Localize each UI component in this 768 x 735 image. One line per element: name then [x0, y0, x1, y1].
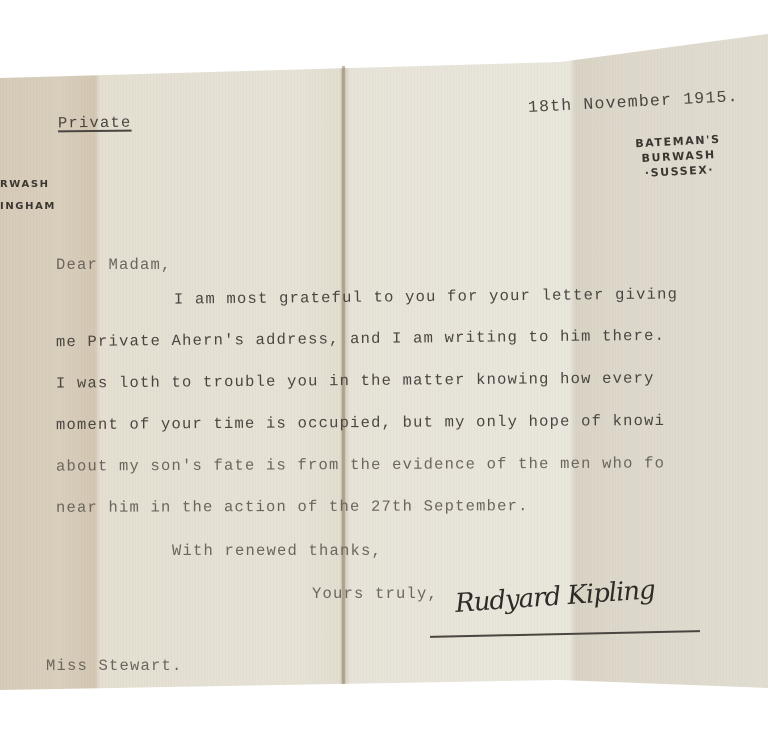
- letterhead-address: BATEMAN'S BURWASH ·SUSSEX·: [635, 132, 723, 181]
- private-marking: Private: [58, 114, 132, 133]
- closing-line: With renewed thanks,: [172, 542, 382, 560]
- letterhead-line: INGHAM: [0, 196, 56, 218]
- body-line: near him in the action of the 27th Septe…: [56, 497, 529, 517]
- addressee: Miss Stewart.: [46, 657, 183, 675]
- letterhead-address-partial: RWASH INGHAM: [0, 174, 56, 218]
- valediction: Yours truly,: [312, 585, 438, 603]
- body-line: about my son's fate is from the evidence…: [56, 454, 665, 475]
- salutation: Dear Madam,: [56, 256, 172, 274]
- letterhead-line: RWASH: [0, 174, 56, 196]
